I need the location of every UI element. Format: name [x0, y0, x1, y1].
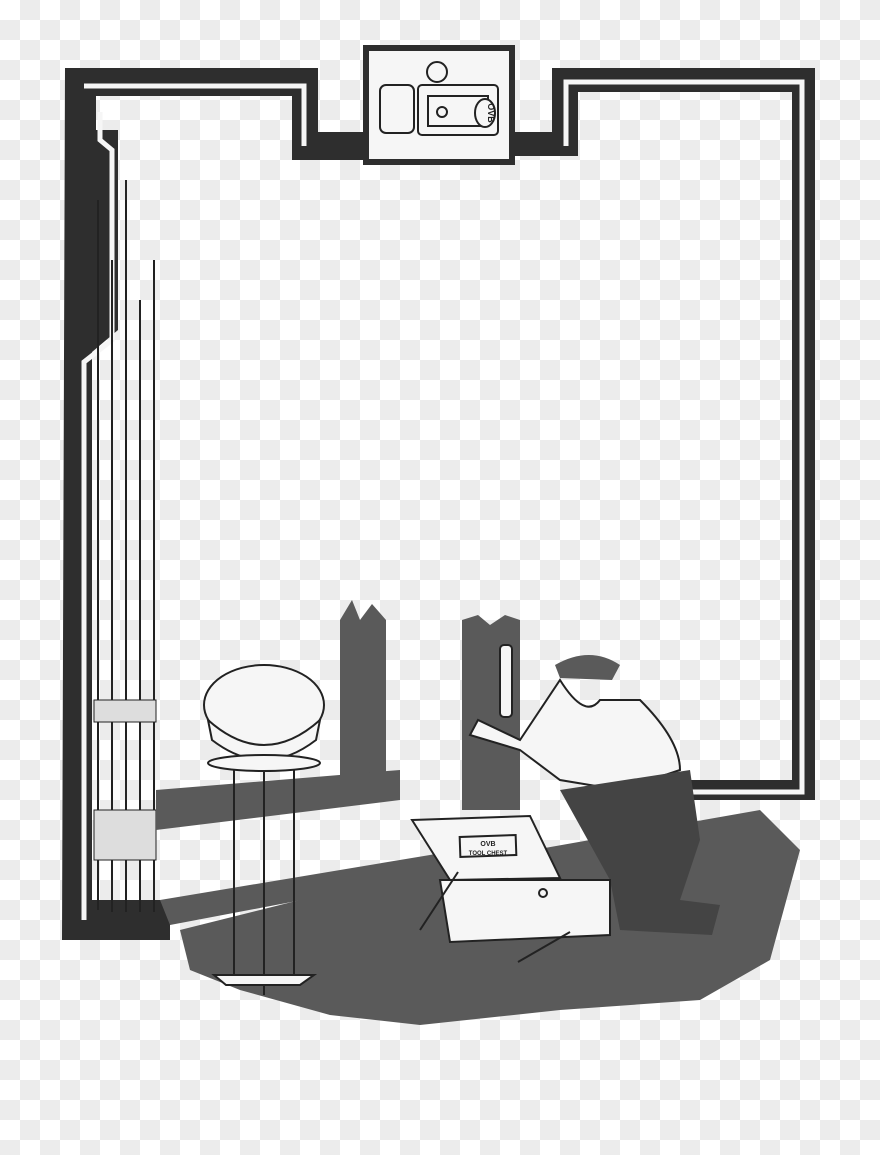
tool-chest-label: TOOL CHEST — [469, 851, 508, 857]
door-handle-plate — [500, 645, 512, 717]
tool-chest-brand: OVB — [480, 841, 495, 848]
illustration: OVB OVB TOOL CHEST — [0, 0, 880, 1155]
lock-emblem: OVB — [366, 48, 512, 162]
lock-brand-text: OVB — [486, 103, 496, 123]
